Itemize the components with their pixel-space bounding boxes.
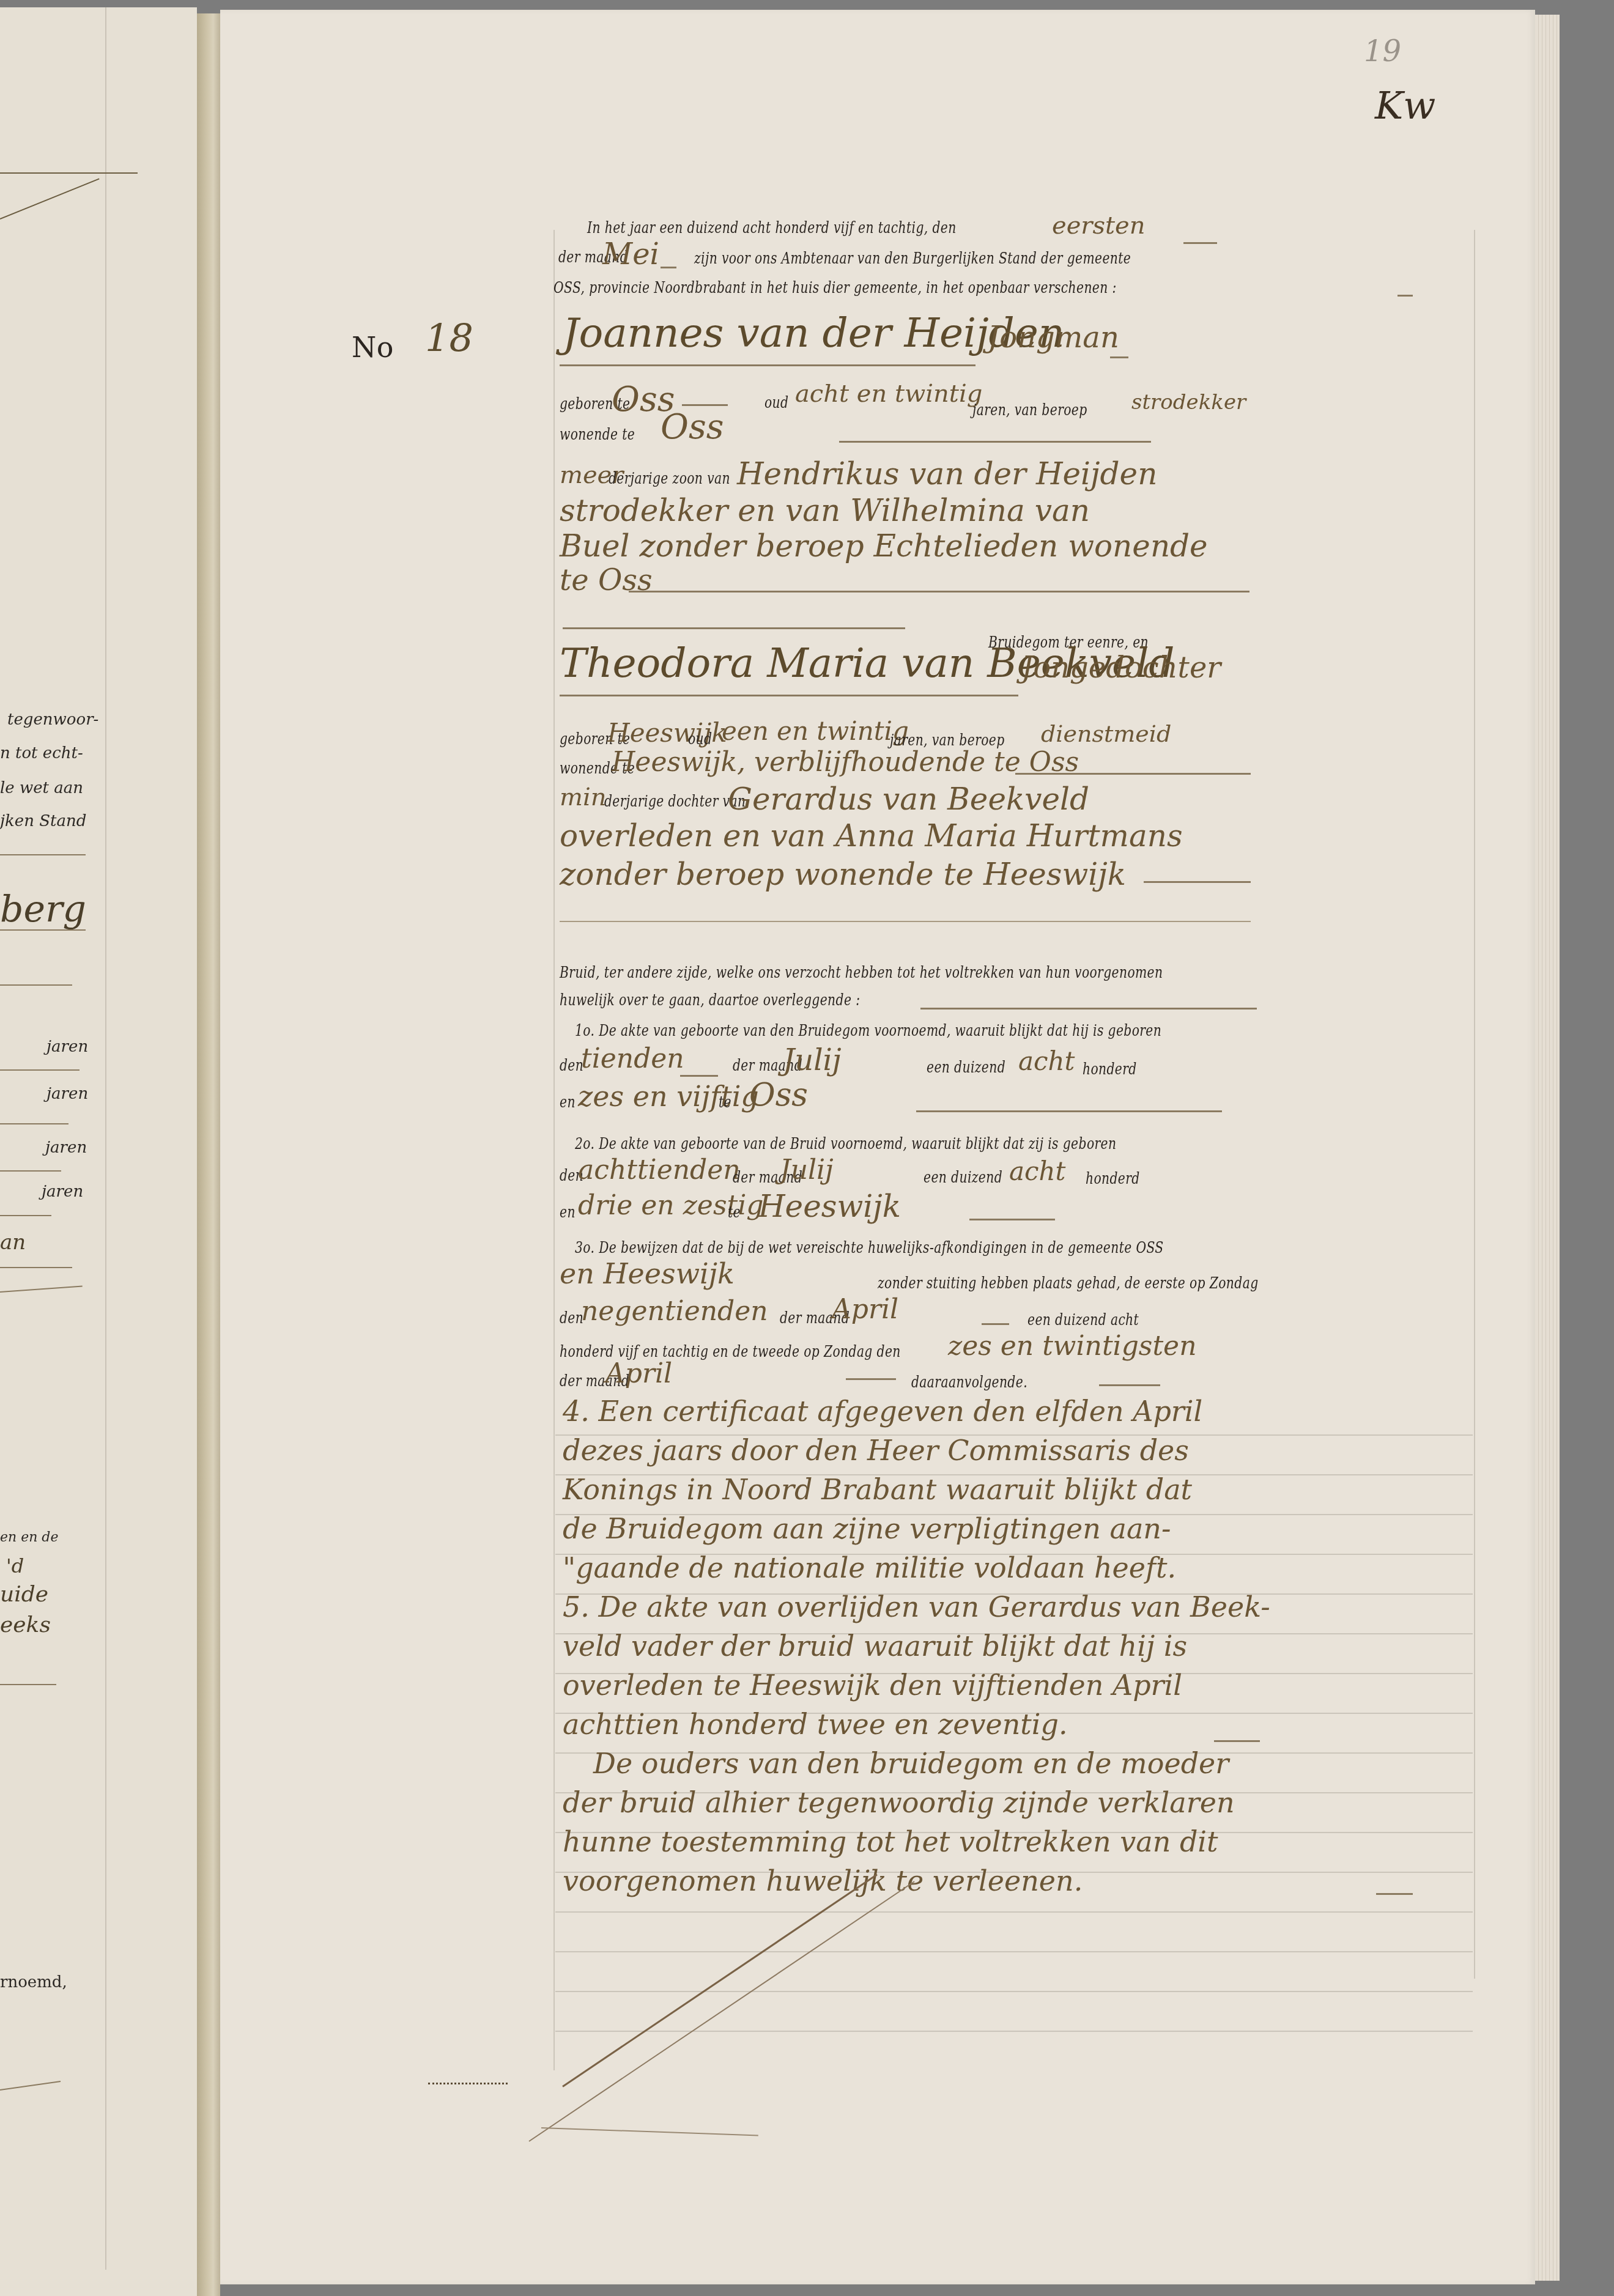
left-printed-line: tegenwoor- bbox=[7, 711, 98, 729]
intro-line-2b: zijn voor ons Ambtenaar van den Burgerli… bbox=[694, 249, 1131, 268]
item2-te-label: te bbox=[728, 1203, 741, 1222]
item3-year-label: een duizend acht bbox=[1027, 1311, 1139, 1329]
bride-father: Gerardus van Beekveld bbox=[728, 781, 1089, 817]
item3-den-label: den bbox=[560, 1309, 583, 1327]
fill-rule bbox=[1110, 356, 1128, 358]
fill-rule bbox=[1214, 1740, 1260, 1742]
left-hand-fragment: an bbox=[0, 1230, 26, 1255]
handwritten-line: Konings in Noord Brabant waaruit blijkt … bbox=[563, 1473, 1480, 1512]
item2-month: Julij bbox=[780, 1154, 834, 1186]
left-rule bbox=[0, 1215, 51, 1216]
item2-day: achttienden bbox=[578, 1154, 741, 1186]
fill-rule bbox=[1099, 1384, 1160, 1386]
item1-place: Oss bbox=[749, 1077, 808, 1113]
handwritten-line: De ouders van den bruidegom en de moeder bbox=[563, 1747, 1480, 1786]
ink-specks bbox=[428, 2083, 508, 2093]
item2-place: Heeswijk bbox=[758, 1189, 901, 1224]
ruled-line bbox=[555, 1991, 1473, 1992]
left-margin-rule bbox=[105, 7, 106, 2270]
fill-rule bbox=[839, 441, 1151, 443]
item2-year-b: honderd bbox=[1086, 1170, 1140, 1188]
handwritten-line: 4. Een certificaat afgegeven den elfden … bbox=[563, 1395, 1480, 1434]
left-printed-line: le wet aan bbox=[0, 779, 83, 797]
groom-status: Jongman bbox=[988, 320, 1119, 355]
bride-age: een en twintig bbox=[722, 716, 909, 746]
groom-occupation: strodekker bbox=[1131, 390, 1246, 415]
fill-rule bbox=[661, 267, 676, 268]
item3-month2: April bbox=[605, 1358, 672, 1389]
intro-month: Mei bbox=[602, 237, 659, 271]
item1-te-label: te bbox=[719, 1093, 731, 1112]
record-number-label: No bbox=[352, 331, 394, 364]
record-number: 18 bbox=[425, 316, 473, 360]
left-page-fragment: tegenwoor- n tot echt- le wet aan jken S… bbox=[0, 7, 197, 2296]
item2-year-label: een duizend bbox=[924, 1168, 1002, 1187]
item1-year-b: honderd bbox=[1083, 1060, 1137, 1079]
item2-en-label: en bbox=[560, 1203, 576, 1222]
closing-stroke bbox=[541, 2127, 758, 2136]
bride-occupation: dienstmeid bbox=[1041, 720, 1171, 747]
groom-parents-line-3: Buel zonder beroep Echtelieden wonende bbox=[560, 528, 1208, 564]
bride-status: Jongedochter bbox=[1021, 651, 1221, 685]
item1-year-a: acht bbox=[1018, 1046, 1075, 1076]
handwritten-line: de Bruidegom aan zijne verpligtingen aan… bbox=[563, 1512, 1480, 1551]
handwritten-additions: 4. Een certificaat afgegeven den elfden … bbox=[563, 1395, 1480, 1903]
name-underline bbox=[560, 695, 1018, 696]
fill-rule bbox=[920, 1008, 1257, 1010]
fill-rule bbox=[629, 591, 1249, 592]
left-hand-fragment: 'd bbox=[6, 1554, 24, 1578]
bride-child-label: derjarige dochter van bbox=[604, 792, 746, 811]
item1-year-hand: zes en vijftig bbox=[578, 1080, 759, 1113]
fill-rule bbox=[680, 1075, 718, 1077]
left-printed-line: n tot echt- bbox=[0, 744, 83, 762]
item1-en-label: en bbox=[560, 1093, 576, 1112]
left-ink-stroke bbox=[0, 179, 100, 220]
item2-text: 2o. De akte van geboorte van de Bruid vo… bbox=[575, 1135, 1116, 1153]
bride-majority: min bbox=[560, 783, 606, 811]
left-rule bbox=[0, 1286, 83, 1293]
left-rule bbox=[0, 1170, 61, 1172]
fill-rule bbox=[560, 921, 1251, 922]
left-hand-fragment: uide bbox=[0, 1582, 48, 1607]
fill-rule bbox=[846, 1378, 896, 1380]
item1-text: 1o. De akte van geboorte van den Bruideg… bbox=[575, 1022, 1161, 1040]
item3-text: 3o. De bewijzen dat de bij de wet vereis… bbox=[575, 1239, 1164, 1257]
left-rule bbox=[0, 1267, 72, 1268]
bride-age-label: oud bbox=[688, 730, 712, 748]
left-rule bbox=[0, 854, 86, 855]
left-hand-fragment: eeks bbox=[0, 1612, 51, 1637]
groom-age: acht en twintig bbox=[795, 380, 982, 408]
intro-line-1: In het jaar een duizend acht honderd vij… bbox=[587, 219, 957, 237]
request-line-1: Bruid, ter andere zijde, welke ons verzo… bbox=[560, 964, 1163, 982]
fill-rule bbox=[1015, 773, 1251, 775]
handwritten-line: overleden te Heeswijk den vijftienden Ap… bbox=[563, 1669, 1480, 1708]
fill-rule bbox=[682, 404, 728, 406]
fill-rule bbox=[916, 1110, 1222, 1112]
item3-places: en Heeswijk bbox=[560, 1257, 735, 1290]
fill-rule bbox=[1376, 1893, 1413, 1895]
left-rule bbox=[0, 929, 86, 931]
bride-parents-line-3: zonder beroep wonende te Heeswijk bbox=[560, 857, 1126, 892]
item3-day2: zes en twintigsten bbox=[948, 1331, 1196, 1362]
left-printed-line: jken Stand bbox=[0, 812, 86, 830]
item3-following: daaraanvolgende. bbox=[911, 1373, 1027, 1392]
handwritten-line: voorgenomen huwelijk te verleenen. bbox=[563, 1864, 1480, 1903]
intro-line-3: OSS, provincie Noordbrabant in het huis … bbox=[553, 279, 1117, 297]
intro-day: eersten bbox=[1052, 212, 1146, 240]
left-rule bbox=[0, 1684, 56, 1685]
handwritten-line: 5. De akte van overlijden van Gerardus v… bbox=[563, 1590, 1480, 1630]
closing-stroke bbox=[562, 1874, 878, 2087]
groom-father: Hendrikus van der Heijden bbox=[737, 456, 1157, 492]
item1-day: tienden bbox=[581, 1043, 684, 1074]
handwritten-line: dezes jaars door den Heer Commissaris de… bbox=[563, 1434, 1480, 1473]
request-line-2: huwelijk over te gaan, daartoe overlegge… bbox=[560, 991, 860, 1010]
page-stack-edges bbox=[1535, 15, 1560, 2281]
fill-rule bbox=[969, 1219, 1055, 1220]
groom-residence-label: wonende te bbox=[560, 426, 635, 444]
left-rule bbox=[0, 1123, 68, 1124]
left-rule bbox=[0, 984, 72, 986]
book-gutter bbox=[197, 13, 220, 2296]
left-jaren-label: jaren bbox=[46, 1038, 88, 1056]
item1-year-label: een duizend bbox=[927, 1058, 1005, 1077]
item3-day1: negentienden bbox=[581, 1296, 768, 1327]
bride-residence: Heeswijk, verblijfhoudende te Oss bbox=[612, 747, 1079, 778]
left-signature: berg bbox=[0, 888, 86, 931]
ruled-line bbox=[555, 1911, 1473, 1913]
left-rule bbox=[0, 2081, 61, 2091]
left-jaren-label: jaren bbox=[42, 1183, 83, 1201]
closing-stroke bbox=[528, 1881, 914, 2142]
left-rule bbox=[0, 1069, 80, 1071]
clerk-initials: Kw bbox=[1375, 83, 1435, 128]
item3-month1: April bbox=[832, 1294, 898, 1325]
groom-age-suffix: jaren, van beroep bbox=[972, 401, 1087, 419]
ruled-line bbox=[555, 1951, 1473, 1952]
left-printed-line: en en de bbox=[0, 1530, 58, 1545]
name-underline bbox=[560, 364, 975, 366]
left-jaren-label: jaren bbox=[45, 1139, 87, 1157]
handwritten-line: "gaande de nationale militie voldaan hee… bbox=[563, 1551, 1480, 1590]
groom-child-label: derjarige zoon van bbox=[609, 470, 730, 488]
item2-year-a: acht bbox=[1009, 1156, 1066, 1186]
fill-rule bbox=[982, 1323, 1009, 1325]
fill-rule bbox=[563, 627, 905, 629]
fill-rule bbox=[1144, 881, 1251, 883]
left-ink-rule bbox=[0, 172, 138, 174]
handwritten-line: achttien honderd twee en zeventig. bbox=[563, 1708, 1480, 1747]
handwritten-line: hunne toestemming tot het voltrekken van… bbox=[563, 1825, 1480, 1864]
item3-text-b: zonder stuiting hebben plaats gehad, de … bbox=[878, 1274, 1259, 1293]
folio-number: 19 bbox=[1364, 34, 1401, 68]
groom-age-label: oud bbox=[764, 394, 788, 412]
groom-residence: Oss bbox=[661, 407, 724, 447]
left-jaren-label: jaren bbox=[46, 1085, 88, 1103]
fill-rule bbox=[1397, 295, 1413, 297]
groom-parents-line-2: strodekker en van Wilhelmina van bbox=[560, 493, 1090, 528]
fill-rule bbox=[1183, 242, 1217, 244]
right-page: 19 Kw No 18 In het jaar een duizend acht… bbox=[220, 10, 1535, 2284]
item1-month: Julij bbox=[783, 1043, 842, 1077]
left-printed-line: rnoemd, bbox=[0, 1973, 67, 1991]
handwritten-line: der bruid alhier tegenwoordig zijnde ver… bbox=[563, 1786, 1480, 1825]
form-left-margin bbox=[553, 230, 555, 2070]
bride-parents-line-2: overleden en van Anna Maria Hurtmans bbox=[560, 818, 1183, 854]
item1-den-label: den bbox=[560, 1057, 583, 1075]
handwritten-line: veld vader der bruid waaruit blijkt dat … bbox=[563, 1630, 1480, 1669]
